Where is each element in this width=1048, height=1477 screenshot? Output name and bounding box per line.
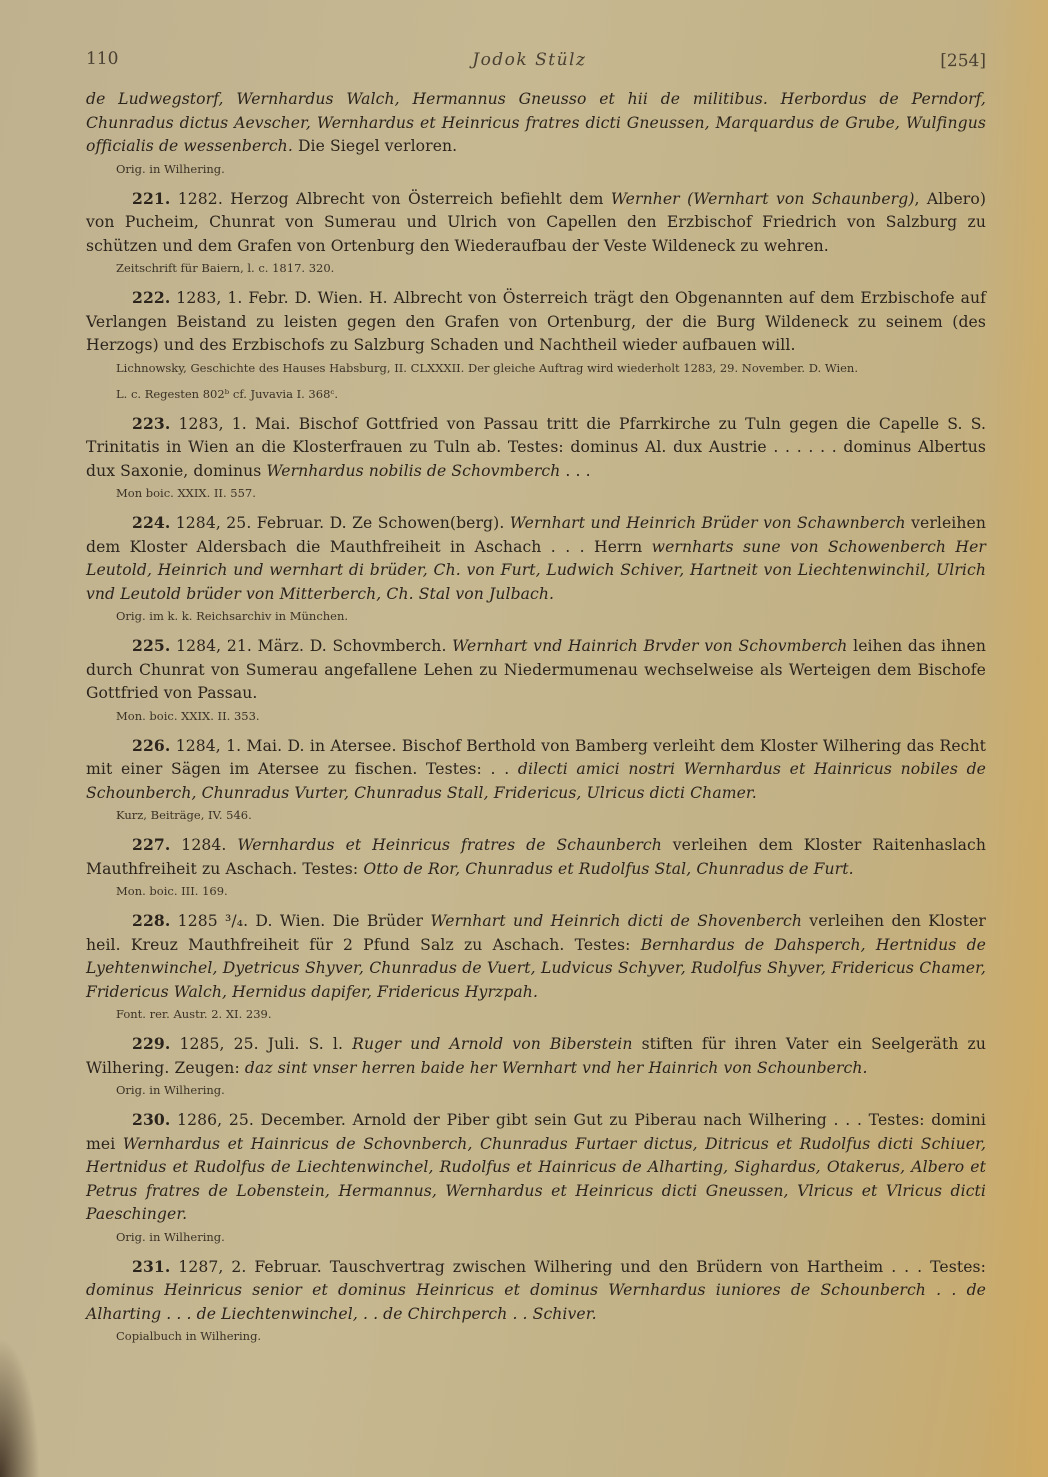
entry-roman-text: . . .: [560, 462, 590, 480]
entry-source-citation: Copialbuch in Wilhering.: [116, 1328, 986, 1344]
entry-number: 226.: [132, 736, 170, 755]
entry-text: 222. 1283, 1. Febr. D. Wien. H. Albrecht…: [86, 286, 986, 358]
entry-italic-text: Wernher (Wernhart von Schaunberg): [611, 190, 915, 208]
entry-source-citation: Zeitschrift für Baiern, l. c. 1817. 320.: [116, 260, 986, 276]
entry-italic-text: daz sint vnser herren baide her Wernhart…: [245, 1059, 868, 1077]
entry-number: 222.: [132, 288, 170, 307]
regesta-entries: 221. 1282. Herzog Albrecht von Österreic…: [86, 187, 986, 1345]
entry-text: 225. 1284, 21. März. D. Schovmberch. Wer…: [86, 634, 986, 706]
continuation-roman-text: Die Siegel verloren.: [293, 137, 457, 155]
entry-italic-text: Otto de Ror, Chunradus et Rudolfus Stal,…: [363, 860, 853, 878]
entry-number: 229.: [132, 1034, 170, 1053]
entry-source-citation: Kurz, Beiträge, IV. 546.: [116, 807, 986, 823]
regest-entry: 222. 1283, 1. Febr. D. Wien. H. Albrecht…: [86, 286, 986, 402]
entry-roman-text: 1284, 21. März. D. Schovmberch.: [170, 637, 452, 655]
entry-text: 228. 1285 ³/₄. D. Wien. Die Brüder Wernh…: [86, 909, 986, 1004]
entry-roman-text: 1284.: [170, 836, 237, 854]
entry-source-citation: Mon boic. XXIX. II. 557.: [116, 485, 986, 501]
document-page: 110 Jodok Stülz [254] de Ludwegstorf, We…: [86, 50, 986, 1354]
entry-source-citation: Mon. boic. XXIX. II. 353.: [116, 708, 986, 724]
entry-roman-text: 1282. Herzog Albrecht von Österreich bef…: [170, 190, 610, 208]
entry-roman-text: 1287, 2. Februar. Tauschvertrag zwischen…: [170, 1258, 986, 1276]
entry-italic-text: dominus Heinricus senior et dominus Hein…: [86, 1281, 986, 1323]
entry-text: 223. 1283, 1. Mai. Bischof Gottfried von…: [86, 412, 986, 484]
entry-number: 223.: [132, 414, 170, 433]
page-corner-shadow: [0, 1337, 40, 1477]
entry-number: 231.: [132, 1257, 170, 1276]
regest-entry: 231. 1287, 2. Februar. Tauschvertrag zwi…: [86, 1255, 986, 1345]
entry-source-citation: Orig. in Wilhering.: [116, 1082, 986, 1098]
continuation-source: Orig. in Wilhering.: [116, 161, 986, 177]
entry-italic-text: Wernhardus et Hainricus de Schovnberch, …: [86, 1135, 986, 1224]
regest-entry: 221. 1282. Herzog Albrecht von Österreic…: [86, 187, 986, 277]
entry-source-citation: Mon. boic. III. 169.: [116, 883, 986, 899]
regest-entry: 225. 1284, 21. März. D. Schovmberch. Wer…: [86, 634, 986, 724]
entry-roman-text: 1285 ³/₄. D. Wien. Die Brüder: [170, 912, 430, 930]
running-header: 110 Jodok Stülz [254]: [86, 49, 986, 71]
entry-number: 221.: [132, 189, 170, 208]
continuation-paragraph: de Ludwegstorf, Wernhardus Walch, Herman…: [86, 88, 986, 159]
entry-roman-text: 1284, 25. Februar. D. Ze Schowen(berg).: [170, 514, 509, 532]
original-page-number: [254]: [940, 51, 986, 71]
running-title: Jodok Stülz: [472, 50, 586, 70]
regest-entry: 229. 1285, 25. Juli. S. l. Ruger und Arn…: [86, 1032, 986, 1098]
entry-source-citation: Orig. im k. k. Reichsarchiv in München.: [116, 608, 986, 624]
entry-source-citation: L. c. Regesten 802ᵇ cf. Juvavia I. 368ᶜ.: [116, 386, 986, 402]
regest-entry: 224. 1284, 25. Februar. D. Ze Schowen(be…: [86, 511, 986, 624]
entry-italic-text: Wernhart vnd Hainrich Brvder von Schovmb…: [452, 637, 847, 655]
regest-entry: 230. 1286, 25. December. Arnold der Pibe…: [86, 1108, 986, 1245]
continuation-italic-text: de Ludwegstorf, Wernhardus Walch, Herman…: [86, 90, 986, 155]
entry-source-citation: Lichnowsky, Geschichte des Hauses Habsbu…: [116, 360, 986, 376]
entry-source-citation: Orig. in Wilhering.: [116, 1229, 986, 1245]
page-number: 110: [86, 49, 119, 69]
entry-italic-text: Wernhardus et Heinricus fratres de Schau…: [237, 836, 662, 854]
entry-italic-text: Ruger und Arnold von Biberstein: [352, 1035, 632, 1053]
entry-text: 226. 1284, 1. Mai. D. in Atersee. Bischo…: [86, 734, 986, 806]
regest-entry: 227. 1284. Wernhardus et Heinricus fratr…: [86, 833, 986, 899]
entry-number: 230.: [132, 1110, 170, 1129]
page-edge-shading: [978, 0, 1048, 1477]
entry-text: 230. 1286, 25. December. Arnold der Pibe…: [86, 1108, 986, 1227]
entry-number: 228.: [132, 911, 170, 930]
entry-text: 224. 1284, 25. Februar. D. Ze Schowen(be…: [86, 511, 986, 606]
regest-entry: 223. 1283, 1. Mai. Bischof Gottfried von…: [86, 412, 986, 502]
entry-number: 224.: [132, 513, 170, 532]
entry-text: 221. 1282. Herzog Albrecht von Österreic…: [86, 187, 986, 259]
entry-text: 229. 1285, 25. Juli. S. l. Ruger und Arn…: [86, 1032, 986, 1080]
entry-roman-text: 1285, 25. Juli. S. l.: [170, 1035, 352, 1053]
entry-italic-text: Wernhart und Heinrich Brüder von Schawnb…: [510, 514, 906, 532]
entry-number: 225.: [132, 636, 170, 655]
entry-text: 231. 1287, 2. Februar. Tauschvertrag zwi…: [86, 1255, 986, 1327]
entry-italic-text: Wernhardus nobilis de Schovmberch: [266, 462, 560, 480]
entry-number: 227.: [132, 835, 170, 854]
regest-entry: 226. 1284, 1. Mai. D. in Atersee. Bischo…: [86, 734, 986, 824]
entry-italic-text: Wernhart und Heinrich dicti de Shovenber…: [430, 912, 802, 930]
entry-roman-text: 1283, 1. Febr. D. Wien. H. Albrecht von …: [86, 289, 986, 354]
entry-text: 227. 1284. Wernhardus et Heinricus fratr…: [86, 833, 986, 881]
regest-entry: 228. 1285 ³/₄. D. Wien. Die Brüder Wernh…: [86, 909, 986, 1022]
entry-source-citation: Font. rer. Austr. 2. XI. 239.: [116, 1006, 986, 1022]
